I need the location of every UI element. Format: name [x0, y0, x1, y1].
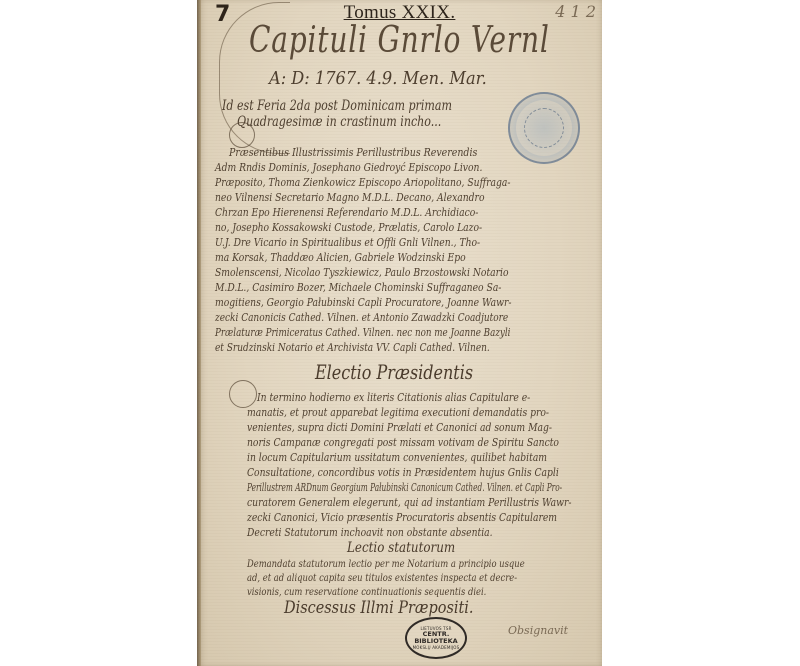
para1-line: Chrzan Epo Hierenensi Referendario M.D.L…	[215, 205, 478, 219]
date-line: A: D: 1767. 4.9. Men. Mar.	[269, 68, 487, 89]
para2-line: Perillustrem ARDnum Georgium Pałubinski …	[247, 480, 562, 494]
seal-inner-ring	[524, 108, 564, 148]
para1-line: mogitiens, Georgio Pałubinski Capli Proc…	[215, 295, 511, 309]
para1-line: no, Josepho Kossakowski Custode, Prælati…	[215, 220, 482, 234]
para1-line: ma Korsak, Thaddæo Alicien, Gabriele Wod…	[215, 250, 466, 264]
para2-line: Decreti Statutorum inchoavit non obstant…	[247, 525, 493, 539]
para2-line: curatorem Generalem elegerunt, qui ad in…	[247, 495, 571, 509]
library-stamp-line4: MOKSLŲ AKADEMIJOS	[413, 645, 460, 650]
library-stamp-line3: BIBLIOTEKA	[414, 638, 457, 645]
para2-line: noris Campanæ congregati post missam vot…	[247, 435, 559, 449]
para3-line: Demandata statutorum lectio per me Notar…	[247, 558, 525, 570]
para1-line: Præposito, Thoma Zienkowicz Episcopo Ari…	[215, 175, 510, 189]
para1-line: Smolenscensi, Nicolao Tyszkiewicz, Paulo…	[215, 265, 509, 279]
para3-line: visionis, cum reservatione continuationi…	[247, 586, 486, 598]
para2-line: venientes, supra dicti Domini Prælati et…	[247, 420, 552, 434]
blue-seal-stamp	[508, 92, 580, 164]
para3-line: ad, et ad aliquot capita seu titulos exi…	[247, 572, 517, 584]
para1-line: et Srudzinski Notario et Archivista VV. …	[215, 340, 490, 354]
para1-line: Præsentibus Illustrissimis Perillustribu…	[229, 145, 477, 159]
decorative-initial-i-icon	[229, 380, 257, 408]
para2-line: Consultatione, concordibus votis in Præs…	[247, 465, 559, 479]
library-stamp: LIETUVOS TSR CENTR. BIBLIOTEKA MOKSLŲ AK…	[405, 617, 467, 659]
section-heading-electio: Electio Præsidentis	[315, 360, 473, 384]
para1-line: Adm Rndis Dominis, Josephano Giedroyć Ep…	[215, 160, 482, 174]
para2-line: zecki Canonici, Vicio præsentis Procurat…	[247, 510, 557, 524]
para1-line: U.J. Dre Vicario in Spiritualibus et Off…	[215, 235, 480, 249]
para1-line: Prælaturæ Primiceratus Cathed. Vilnen. n…	[215, 325, 510, 339]
section-heading-lectio: Lectio statutorum	[347, 540, 455, 556]
document-title: Capituli Gnrlo Vernl	[249, 20, 550, 61]
para1-line: M.D.L., Casimiro Bozer, Michaele Chomins…	[215, 280, 501, 294]
para2-line: in locum Capitularium ussitatum convenie…	[247, 450, 547, 464]
para2-line: manatis, et prout apparebat legitima exe…	[247, 405, 549, 419]
intro-line-1: Id est Feria 2da post Dominicam primam	[222, 98, 452, 114]
page-spine-edge	[197, 0, 201, 666]
para2-line: In termino hodierno ex literis Citationi…	[257, 390, 530, 404]
para1-line: neo Vilnensi Secretario Magno M.D.L. Dec…	[215, 190, 485, 204]
intro-line-2: Quadragesimæ in crastinum incho...	[237, 114, 441, 130]
para1-line: zecki Canonicis Cathed. Vilnen. et Anton…	[215, 310, 508, 324]
signature: Obsignavit	[508, 624, 568, 637]
section-heading-discessus: Discessus Illmi Præpositi.	[284, 598, 474, 618]
